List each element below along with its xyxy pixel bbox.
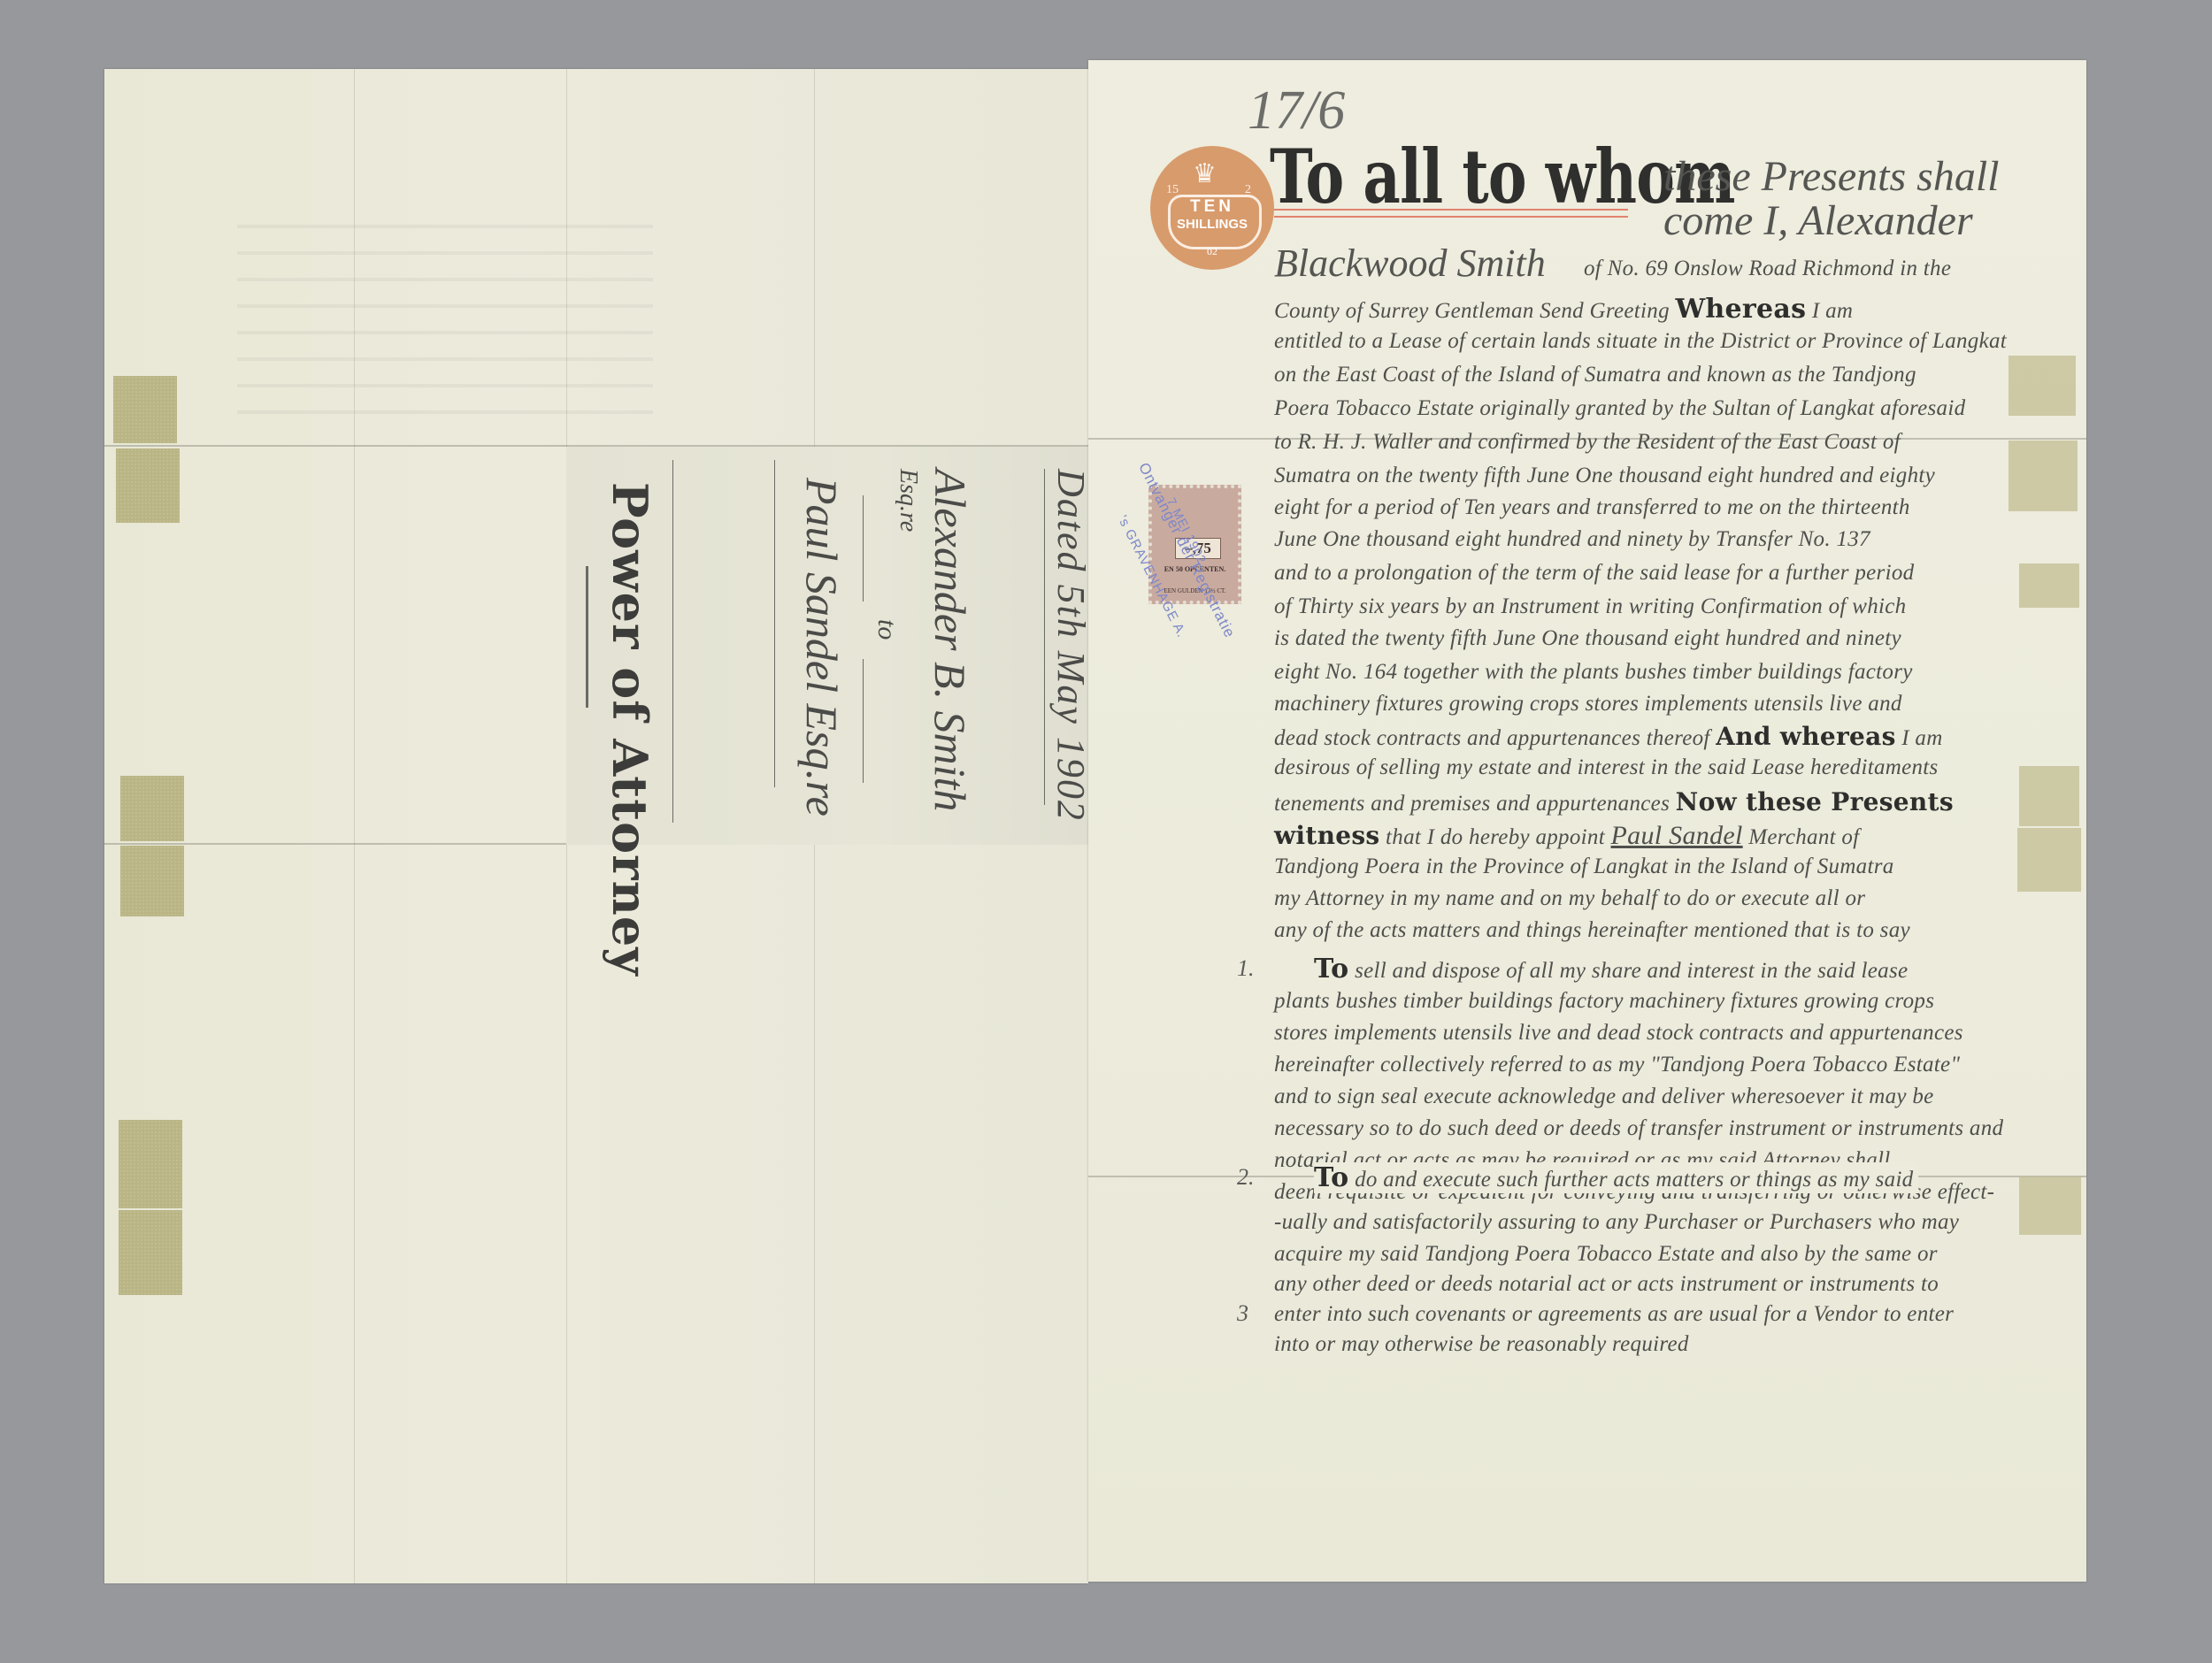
text-line: witness that I do hereby appoint Paul Sa… xyxy=(1274,821,1859,851)
docket-title-rule xyxy=(586,566,588,708)
text-line: desirous of selling my estate and intere… xyxy=(1274,755,1939,780)
text-span: dead stock contracts and appurtenances t… xyxy=(1274,726,1710,750)
text-line: Tandjong Poera in the Province of Langka… xyxy=(1274,854,1894,879)
hinge-tape xyxy=(113,376,177,443)
text-span: sell and dispose of all my share and int… xyxy=(1355,959,1908,983)
text-line: Poera Tobacco Estate originally granted … xyxy=(1274,396,1965,421)
text-line: acquire my said Tandjong Poera Tobacco E… xyxy=(1274,1242,1938,1267)
text-line: entitled to a Lease of certain lands sit… xyxy=(1274,329,2007,354)
hinge-tape xyxy=(120,776,184,841)
docket-title: Power of Attorney xyxy=(602,482,658,977)
docket-grantor: Alexander B. Smith xyxy=(925,469,976,811)
text-line: eight No. 164 together with the plants b… xyxy=(1274,660,1913,685)
clause-number: 2. xyxy=(1237,1164,1255,1191)
clause-number: 3 xyxy=(1237,1300,1248,1327)
text-line: hereinafter collectively referred to as … xyxy=(1274,1053,1960,1077)
docket-connector: to xyxy=(872,619,902,640)
text-line: To sell and dispose of all my share and … xyxy=(1314,954,1908,985)
text-line: -ually and satisfactorily assuring to an… xyxy=(1274,1210,1959,1235)
docket-rule xyxy=(774,460,775,787)
whereas-heading: Whereas xyxy=(1675,294,1806,325)
attorney-name: Paul Sandel xyxy=(1611,821,1743,850)
text-line: and to sign seal execute acknowledge and… xyxy=(1274,1084,1934,1109)
clause-lead: To xyxy=(1314,954,1349,985)
text-line: on the East Coast of the Island of Sumat… xyxy=(1274,363,1916,387)
clause-number: 1. xyxy=(1237,955,1255,982)
text-line: my Attorney in my name and on my behalf … xyxy=(1274,886,1865,911)
text-line: to R. H. J. Waller and confirmed by the … xyxy=(1274,430,1901,455)
stamp-year: 02 xyxy=(1150,245,1274,258)
hinge-tape xyxy=(2008,441,2078,511)
now-these-presents-heading: Now these Presents xyxy=(1676,787,1954,816)
hinge-tape xyxy=(119,1120,182,1208)
text-line: tenements and premises and appurtenances… xyxy=(1274,787,1954,816)
text-line: of No. 69 Onslow Road Richmond in the xyxy=(1584,257,1951,281)
stamp-unit: SHILLINGS xyxy=(1150,217,1274,232)
text-line: and to a prolongation of the term of the… xyxy=(1274,561,1914,586)
text-span: tenements and premises and appurtenances xyxy=(1274,792,1670,816)
ten-shillings-duty-stamp: ♛ 15 2 TEN SHILLINGS 02 xyxy=(1150,146,1274,270)
text-span: I am xyxy=(1901,726,1942,750)
text-line: eight for a period of Ten years and tran… xyxy=(1274,495,1910,520)
text-line: machinery fixtures growing crops stores … xyxy=(1274,692,1902,717)
docket-rule xyxy=(863,495,864,602)
show-through-text xyxy=(237,202,653,423)
text-span: that I do hereby appoint xyxy=(1386,825,1605,849)
text-line: County of Surrey Gentleman Send Greeting… xyxy=(1274,294,1853,325)
text-line: To do and execute such further acts matt… xyxy=(1314,1162,1918,1193)
and-whereas-heading: And whereas xyxy=(1716,722,1895,751)
hinge-tape xyxy=(116,448,180,523)
hinge-tape xyxy=(2019,1176,2081,1235)
text-span: do and execute such further acts matters… xyxy=(1355,1168,1913,1192)
text-line: into or may otherwise be reasonably requ… xyxy=(1274,1332,1689,1357)
text-line: any of the acts matters and things herei… xyxy=(1274,918,1910,943)
hinge-tape xyxy=(2017,828,2081,892)
text-span: Merchant of xyxy=(1748,825,1859,849)
text-line: Sumatra on the twenty fifth June One tho… xyxy=(1274,464,1935,488)
docket-grantee: Paul Sandel Esq.re xyxy=(796,478,848,816)
grantor-name: Blackwood Smith xyxy=(1274,241,1546,286)
hinge-tape xyxy=(2019,563,2079,608)
text-line: enter into such covenants or agreements … xyxy=(1274,1302,1954,1327)
fold-line xyxy=(354,69,355,1583)
heading-continuation: come I, Alexander xyxy=(1663,196,1973,245)
docket-date: Dated 5th May 1902 xyxy=(1048,469,1094,822)
docket-rule xyxy=(672,460,673,823)
heading-continuation: these Presents shall xyxy=(1663,152,2000,201)
witness-heading: witness xyxy=(1274,821,1379,850)
hinge-tape xyxy=(2019,766,2079,826)
text-line: of Thirty six years by an Instrument in … xyxy=(1274,594,1906,619)
text-line: dead stock contracts and appurtenances t… xyxy=(1274,722,1943,751)
docket-rule xyxy=(863,659,864,783)
crown-icon: ♛ xyxy=(1193,158,1217,189)
text-span: I am xyxy=(1812,299,1853,323)
text-span: County of Surrey Gentleman Send Greeting xyxy=(1274,299,1670,323)
hinge-tape xyxy=(120,846,184,916)
stamp-value: TEN xyxy=(1150,197,1274,217)
hinge-tape xyxy=(119,1210,182,1295)
text-line: is dated the twenty fifth June One thous… xyxy=(1274,626,1901,651)
docket-rule xyxy=(1044,469,1045,805)
clause-lead: To xyxy=(1314,1162,1349,1193)
text-line: necessary so to do such deed or deeds of… xyxy=(1274,1116,2003,1141)
text-line: plants bushes timber buildings factory m… xyxy=(1274,989,1934,1014)
hinge-tape xyxy=(2008,356,2076,416)
docket-grantor-suffix: Esq.re xyxy=(894,469,922,532)
text-line: stores implements utensils live and dead… xyxy=(1274,1021,1963,1046)
text-line: any other deed or deeds notarial act or … xyxy=(1274,1272,1939,1297)
text-line: June One thousand eight hundred and nine… xyxy=(1274,527,1870,552)
